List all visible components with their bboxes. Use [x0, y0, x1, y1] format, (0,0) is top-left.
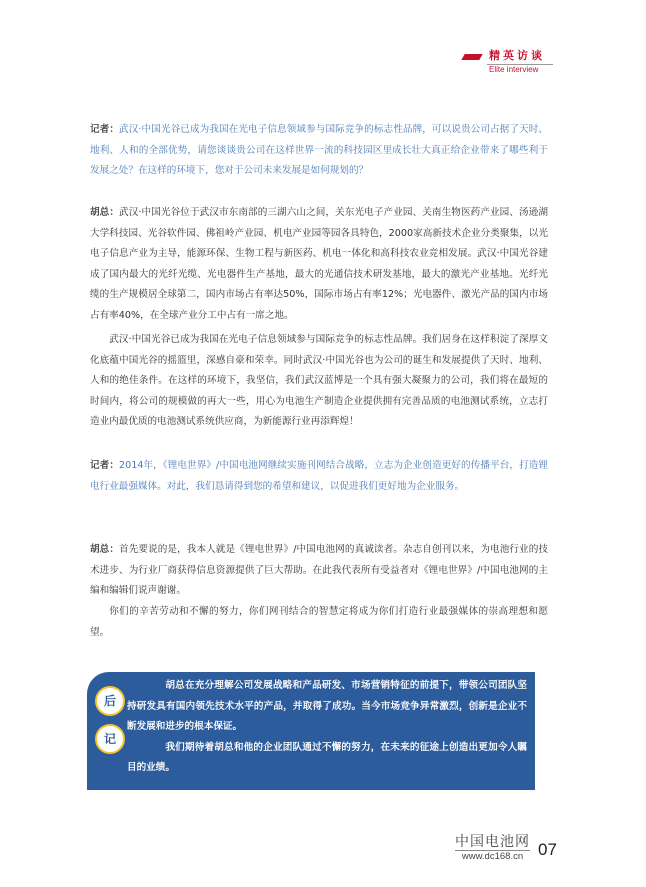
section-subtitle: Elite interview [489, 65, 538, 74]
afterword-paragraph-1: 胡总在充分理解公司发展战略和产品研发、市场营销特征的前提下，带领公司团队坚持研发… [127, 676, 527, 738]
section-title: 精英访谈 [489, 49, 545, 63]
answer-2-paragraph-1: 胡总：首先要说的是，我本人就是《锂电世界》/中国电池网的真诚读者。杂志自创刊以来… [90, 540, 548, 602]
afterword-badge-ji: 记 [95, 724, 125, 754]
afterword-text: 胡总在充分理解公司发展战略和产品研发、市场营销特征的前提下，带领公司团队坚持研发… [127, 676, 527, 779]
afterword-badge-hou: 后 [95, 686, 125, 716]
question-text: 2014年，《锂电世界》/中国电池网继续实施刊网结合战略，立志为企业创造更好的传… [90, 460, 548, 492]
footer-logo: 中国电池网 www.dc168.cn [455, 834, 530, 863]
answer-text: 武汉·中国光谷已成为我国在光电子信息领域参与国际竞争的标志性品牌。我们居身在这样… [90, 334, 548, 427]
answer-text: 首先要说的是，我本人就是《锂电世界》/中国电池网的真诚读者。杂志自创刊以来，为电… [90, 544, 548, 596]
afterword-paragraph-2: 我们期待着胡总和他的企业团队通过不懈的努力，在未来的征途上创造出更加令人瞩目的业… [127, 738, 527, 779]
speaker-label: 记者： [90, 124, 119, 135]
footer-logo-text: 中国电池网 [455, 834, 530, 851]
speaker-label: 胡总： [90, 544, 119, 555]
answer-1-paragraph-1: 胡总：武汉·中国光谷位于武汉市东南部的三湖六山之间，关东光电子产业园、关南生物医… [90, 203, 548, 326]
afterword-box: 后 记 胡总在充分理解公司发展战略和产品研发、市场营销特征的前提下，带领公司团队… [87, 672, 535, 790]
footer-url: www.dc168.cn [455, 851, 530, 863]
answer-text: 武汉·中国光谷位于武汉市东南部的三湖六山之间，关东光电子产业园、关南生物医药产业… [90, 207, 548, 321]
header-accent-bar [461, 54, 482, 60]
question-2: 记者：2014年，《锂电世界》/中国电池网继续实施刊网结合战略，立志为企业创造更… [90, 456, 548, 497]
answer-text: 你们的辛苦劳动和不懈的努力，你们网刊结合的智慧定将成为你们打造行业最强媒体的崇高… [90, 606, 548, 638]
answer-1-paragraph-2: 武汉·中国光谷已成为我国在光电子信息领域参与国际竞争的标志性品牌。我们居身在这样… [90, 330, 548, 433]
page-number: 07 [538, 840, 557, 860]
speaker-label: 胡总： [90, 207, 119, 218]
question-text: 武汉·中国光谷已成为我国在光电子信息领域参与国际竞争的标志性品牌，可以说贵公司占… [90, 124, 548, 176]
answer-2-paragraph-2: 你们的辛苦劳动和不懈的努力，你们网刊结合的智慧定将成为你们打造行业最强媒体的崇高… [90, 602, 548, 643]
speaker-label: 记者： [90, 460, 119, 471]
question-1: 记者：武汉·中国光谷已成为我国在光电子信息领域参与国际竞争的标志性品牌，可以说贵… [90, 120, 548, 182]
section-header: 精英访谈 Elite interview [463, 49, 555, 75]
